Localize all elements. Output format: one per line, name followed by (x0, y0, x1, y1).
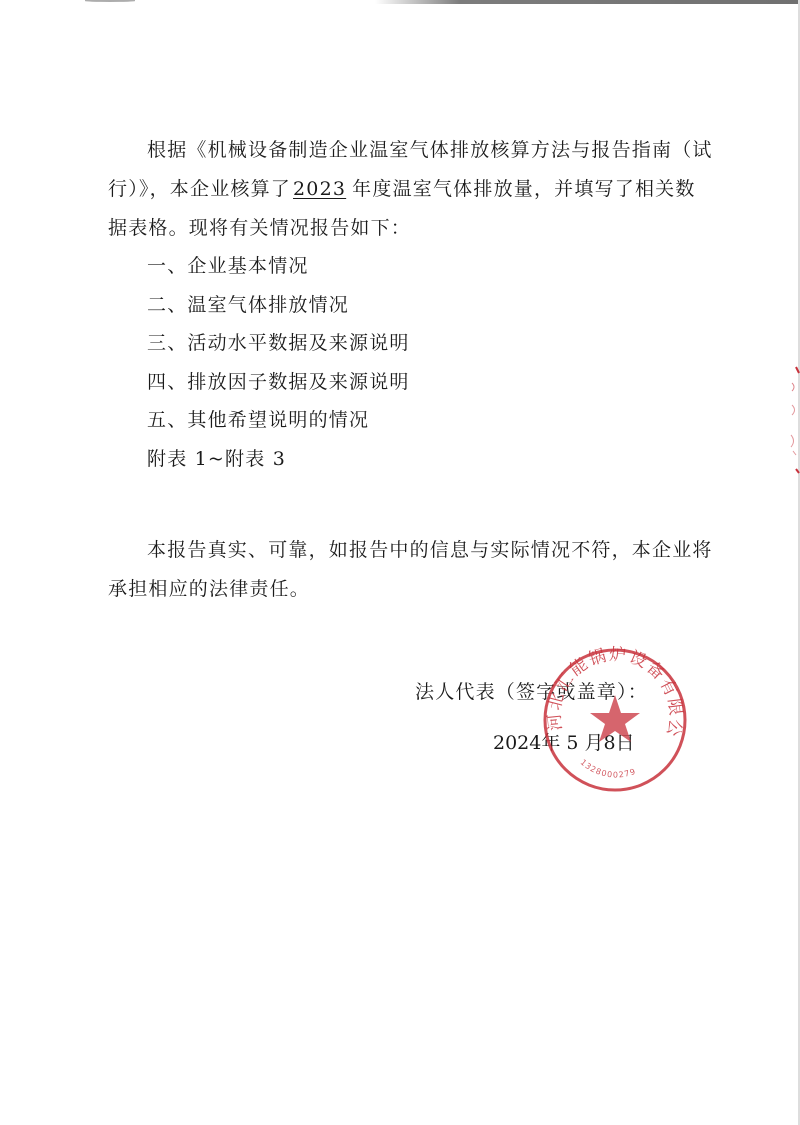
declaration-line-1: 本报告真实、可靠，如报告中的信息与实际情况不符，本企业将 (147, 539, 713, 561)
scan-edge (375, 0, 800, 4)
report-year: 2023 (293, 178, 346, 200)
intro-line-2-prefix: 行）》，本企业核算了 (108, 178, 291, 200)
appendix-item: 附表 1~附表 3 (147, 448, 286, 470)
intro-line-2-suffix: 年度温室气体排放量，并填写了相关数 (352, 178, 695, 200)
page-seal-fragment-icon (786, 365, 800, 475)
svg-text:1328000279: 1328000279 (579, 758, 638, 780)
intro-line-1: 根据《机械设备制造企业温室气体排放核算方法与报告指南（试 (147, 139, 713, 161)
intro-line-3: 据表格。现将有关情况报告如下： (108, 217, 411, 239)
intro-line-2: 行）》，本企业核算了2023年度温室气体排放量，并填写了相关数 (108, 178, 696, 200)
seal-number: 1328000279 (579, 758, 638, 780)
declaration-line-2: 承担相应的法律责任。 (108, 578, 310, 600)
section-item: 一、企业基本情况 (147, 255, 309, 277)
section-item: 五、其他希望说明的情况 (147, 409, 369, 431)
section-item: 四、排放因子数据及来源说明 (147, 371, 410, 393)
company-seal-icon: 河北汇能锅炉设备有限公司 1328000279 (540, 645, 690, 795)
section-item: 三、活动水平数据及来源说明 (147, 332, 410, 354)
scan-edge (85, 0, 135, 2)
section-item: 二、温室气体排放情况 (147, 294, 349, 316)
